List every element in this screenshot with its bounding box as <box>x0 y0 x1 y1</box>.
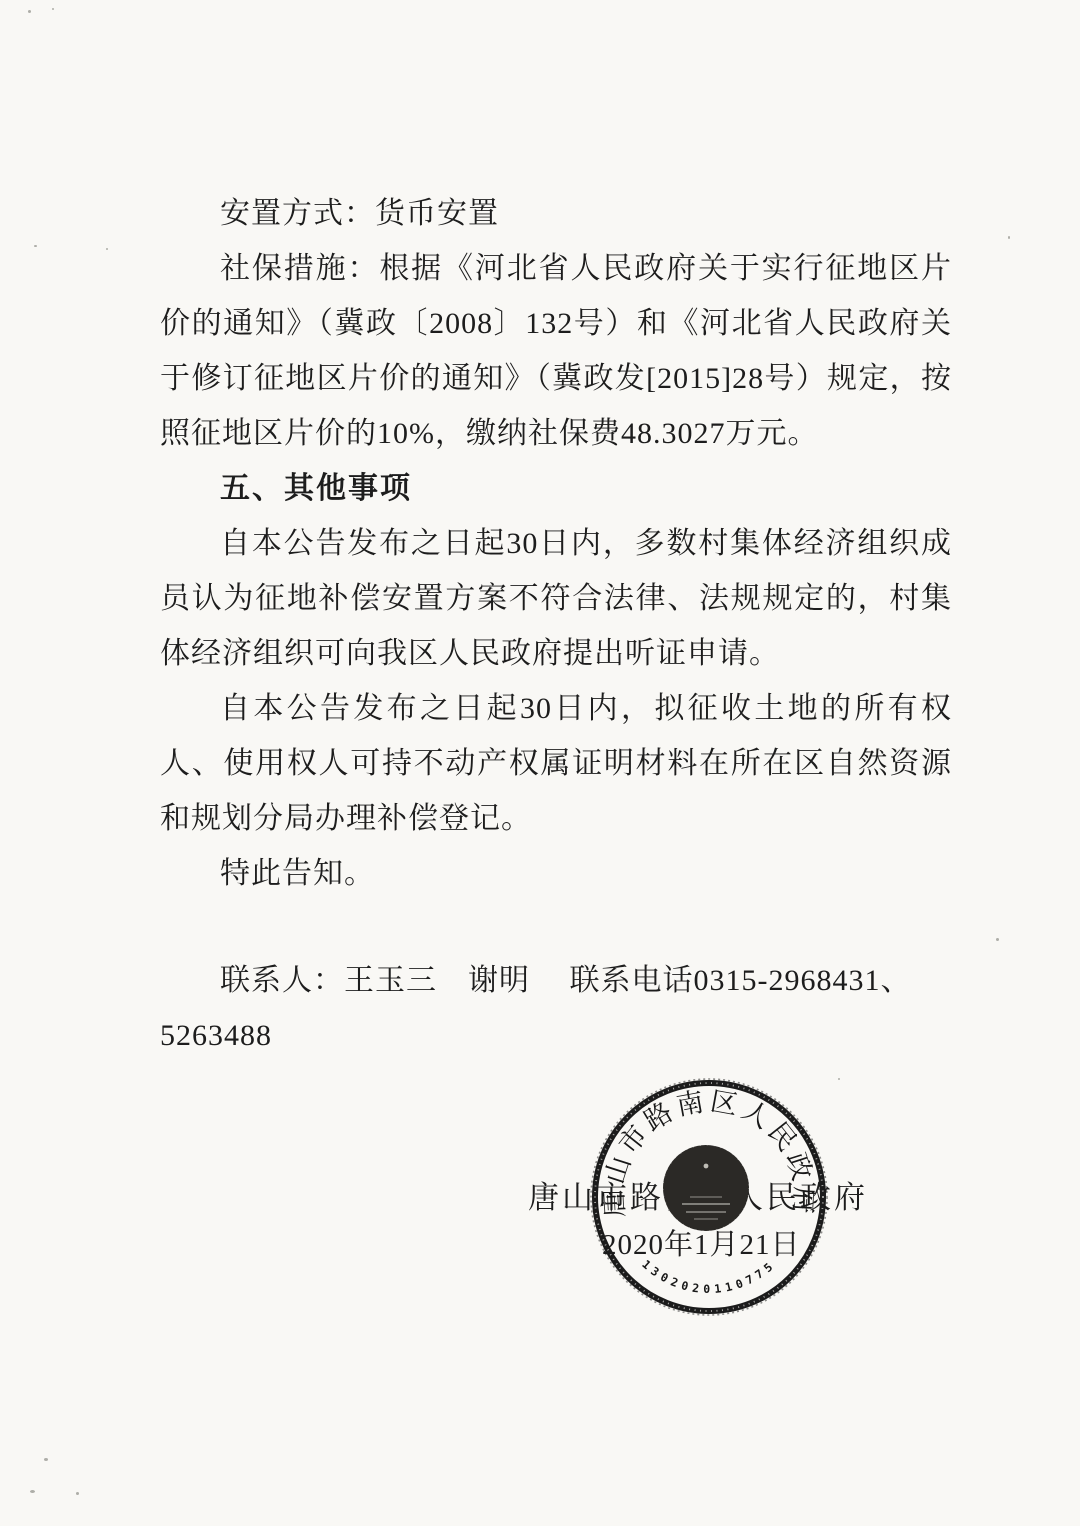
paragraph-closing-statement: 特此告知。 <box>160 846 952 901</box>
scan-speck <box>28 10 31 13</box>
scan-speck <box>52 8 54 10</box>
scan-speck <box>838 1078 840 1080</box>
signature-authority: 唐山市路南区人民政府 <box>528 1172 868 1217</box>
scanned-notice-page: 安置方式：货币安置 社保措施：根据《河北省人民政府关于实行征地区片价的通知》（冀… <box>0 0 1080 1526</box>
notice-body: 安置方式：货币安置 社保措施：根据《河北省人民政府关于实行征地区片价的通知》（冀… <box>160 186 952 1063</box>
paragraph-hearing-request: 自本公告发布之日起30日内，多数村集体经济组织成员认为征地补偿安置方案不符合法律… <box>160 516 952 681</box>
scan-speck <box>44 1458 48 1461</box>
signature-date: 2020年1月21日 <box>602 1222 801 1263</box>
scan-speck <box>76 1492 79 1495</box>
scan-speck <box>106 248 108 250</box>
scan-speck <box>1008 236 1010 239</box>
paragraph-compensation-registration: 自本公告发布之日起30日内，拟征收土地的所有权人、使用权人可持不动产权属证明材料… <box>160 681 952 846</box>
scan-speck <box>30 1490 35 1493</box>
scan-speck <box>34 245 37 247</box>
paragraph-resettlement-method: 安置方式：货币安置 <box>160 186 952 241</box>
section-heading-other-matters: 五、其他事项 <box>160 461 952 516</box>
contact-line: 联系人：王玉三 谢明 联系电话0315-2968431、5263488 <box>160 953 952 1063</box>
paragraph-social-security-measures: 社保措施：根据《河北省人民政府关于实行征地区片价的通知》（冀政〔2008〕132… <box>160 241 952 461</box>
scan-speck <box>996 938 999 941</box>
